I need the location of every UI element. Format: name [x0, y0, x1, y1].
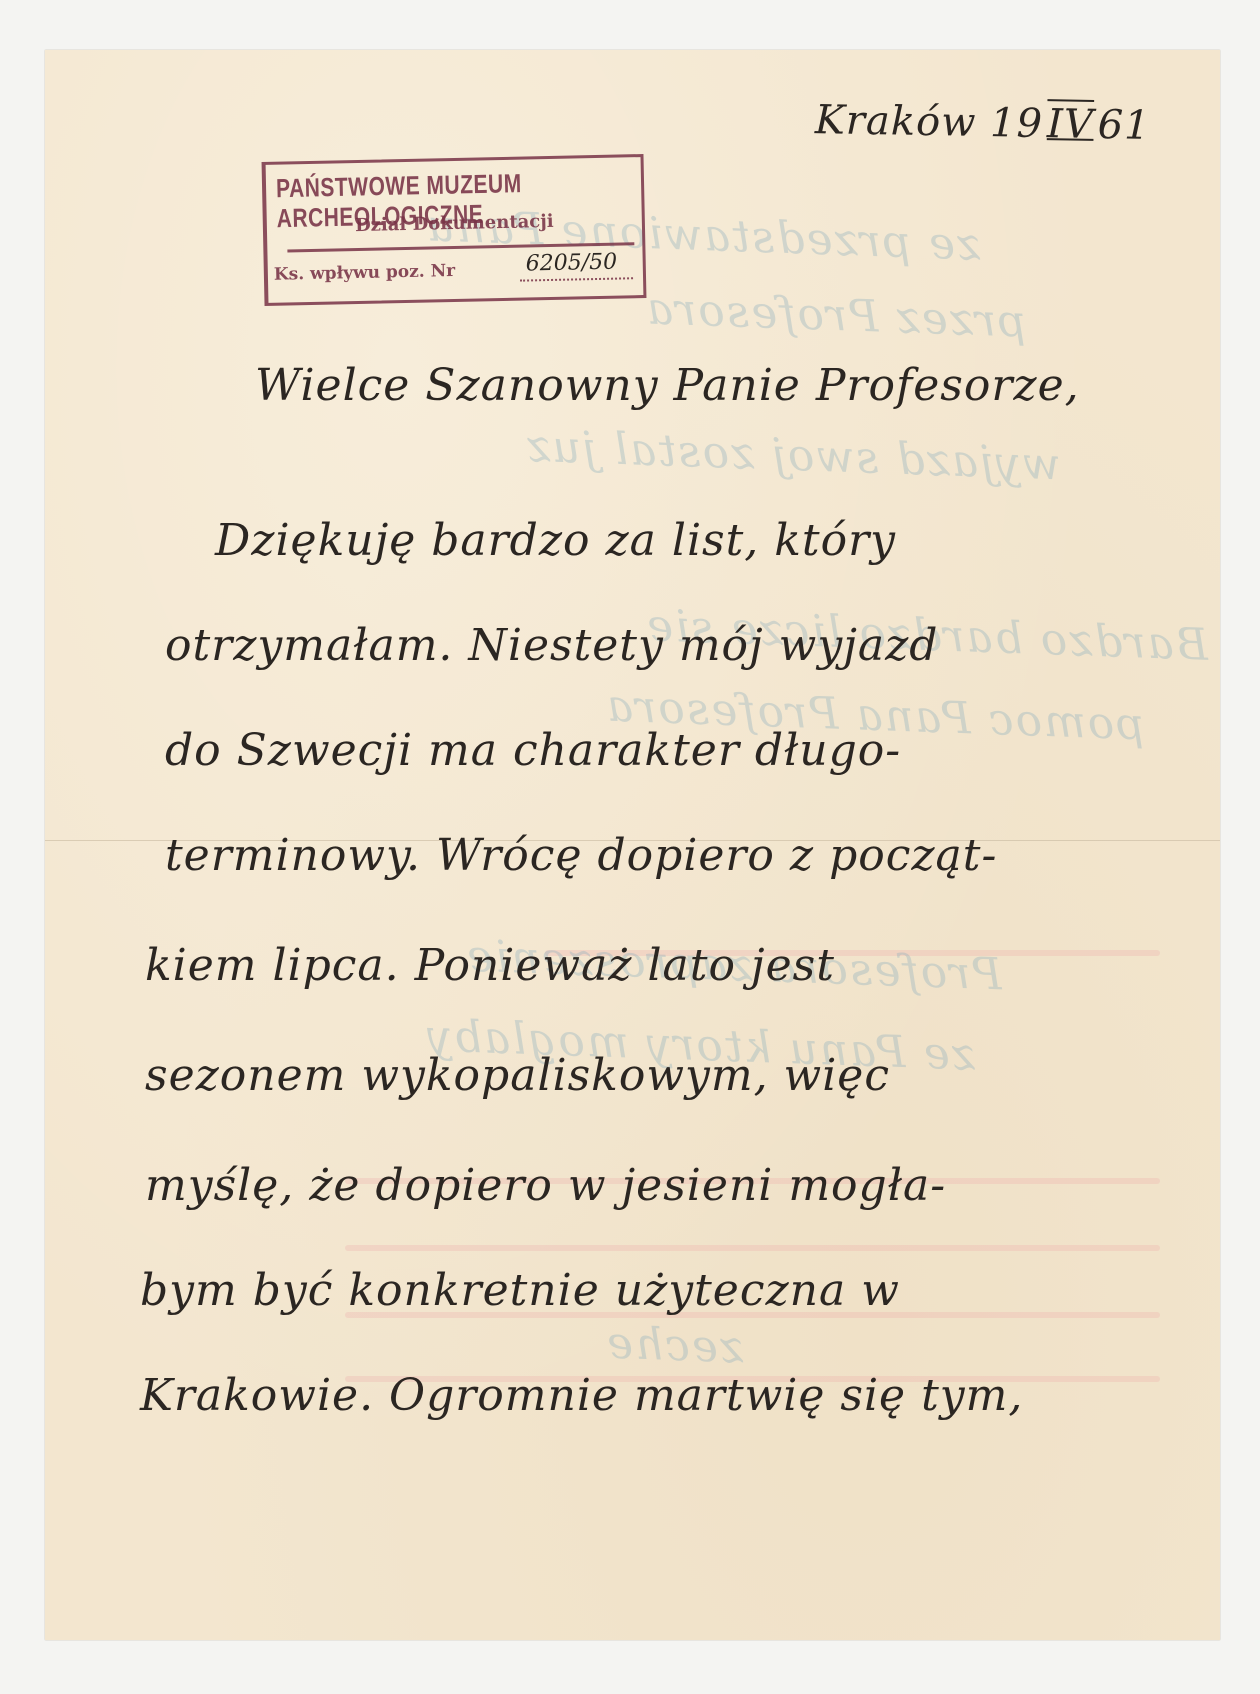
body-line: do Szwecji ma charakter długo- [165, 725, 901, 776]
body-line: sezonem wykopaliskowym, więc [145, 1050, 890, 1101]
date-day: 19 [990, 100, 1044, 147]
date-month: IV [1047, 101, 1094, 148]
body-line: terminowy. Wrócę dopiero z począt- [165, 830, 997, 881]
bleed-through-text: przez Profesora [644, 283, 1027, 347]
body-line: bym być konkretnie użyteczna w [140, 1265, 900, 1316]
stamp-dotted-line [520, 277, 633, 281]
bleed-through-text: wyjazd swoj zostal juz [524, 421, 1061, 491]
body-line: kiem lipca. Ponieważ lato jest [145, 940, 835, 991]
date-year: 61 [1097, 102, 1151, 149]
stamp-register-label: Ks. wpływu poz. Nr [274, 261, 456, 285]
museum-stamp: PAŃSTWOWE MUZEUM ARCHEOLOGICZNE Dział Do… [262, 154, 647, 306]
body-line: myślę, że dopiero w jesieni mogła- [145, 1160, 946, 1211]
date-place: Kraków [815, 97, 977, 146]
stamp-register-number: 6205/50 [525, 250, 617, 277]
body-line: Krakowie. Ogromnie martwię się tym, [140, 1370, 1023, 1421]
body-line: otrzymałam. Niestety mój wyjazd [165, 620, 938, 671]
bleed-through-text: zeche [604, 1318, 744, 1374]
pink-ruling-line [345, 1245, 1160, 1251]
salutation: Wielce Szanowny Panie Profesorze, [255, 360, 1080, 411]
date-line: Kraków 19IV61 [815, 97, 1151, 149]
body-line: Dziękuję bardzo za list, który [215, 515, 896, 566]
letter-page: ze przedstawione Panu przez Profesora wy… [45, 50, 1220, 1640]
